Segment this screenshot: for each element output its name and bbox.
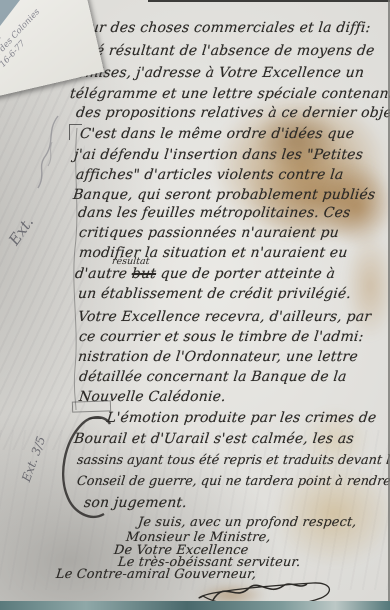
manuscript-line: des propositions relatives à ce dernier … <box>75 105 390 121</box>
manuscript-line-corrected: d'autre but que de porter atteinte à <box>74 266 336 282</box>
manuscript-line: — L'émotion produite par les crimes de <box>87 410 377 426</box>
manuscript-line: nistration de l'Ordonnateur, une lettre <box>77 349 359 365</box>
manuscript-line: remises, j'adresse à Votre Excellence un <box>69 65 365 81</box>
correction-struck-word: but <box>131 266 157 282</box>
manuscript-line: Conseil de guerre, qui ne tardera point … <box>76 474 390 489</box>
manuscript-line: dans les feuilles métropolitaines. Ces <box>77 205 351 221</box>
margin-rule-line <box>70 128 82 410</box>
margin-note: Ext. <box>5 213 37 248</box>
manuscript-line: ce courrier et sous le timbre de l'admi: <box>78 329 364 345</box>
manuscript-line: affiches" d'articles violents contre la <box>75 167 344 183</box>
paragraph-brace <box>58 414 114 522</box>
photo-corner <box>0 0 20 26</box>
manuscript-line: Banque, qui seront probablement publiés <box>72 187 376 203</box>
photo-edge <box>148 0 390 2</box>
manuscript-line: valeur des choses commerciales et la dif… <box>59 20 371 36</box>
correction-pre: d'autre <box>74 266 133 282</box>
manuscript-line: Votre Excellence recevra, d'ailleurs, pa… <box>77 309 372 325</box>
correction-post: que de porter atteinte à <box>155 266 336 282</box>
closing-line: Je suis, avec un profond respect, <box>137 515 357 530</box>
margin-note: Ext. 3/5 <box>19 434 48 483</box>
pencil-scribble <box>28 112 68 192</box>
manuscript-line: détaillée concernant la Banque de la <box>78 369 347 385</box>
manuscript-line: Bourail et d'Uarail s'est calmée, les as <box>73 431 355 447</box>
photo-bottom-strip <box>0 601 390 610</box>
manuscript-line: critiques passionnées n'auraient pu <box>78 225 340 241</box>
manuscript-line: C'est dans le même ordre d'idées que <box>79 126 355 142</box>
scanned-letter-photo: valeur des choses commerciales et la dif… <box>0 0 390 610</box>
manuscript-line: culté résultant de l'absence de moyens d… <box>67 43 375 59</box>
manuscript-line: j'ai défendu l'insertion dans les "Petit… <box>73 147 364 163</box>
manuscript-line: sassins ayant tous été repris et traduit… <box>76 453 390 468</box>
manuscript-line: un établissement de crédit privilégié. <box>77 286 352 302</box>
pencil-box-mark <box>72 400 111 412</box>
manuscript-line: télégramme et une lettre spéciale conten… <box>69 86 390 102</box>
